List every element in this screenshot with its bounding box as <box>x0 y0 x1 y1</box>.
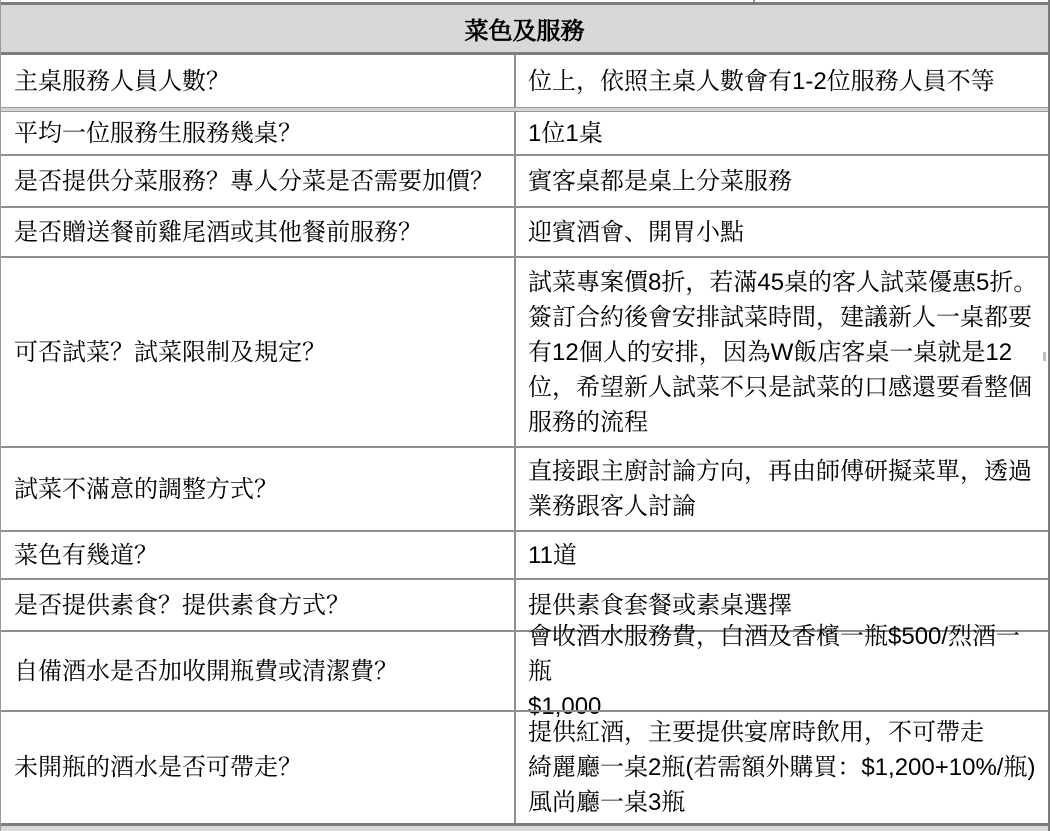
question-cell: 試菜不滿意的調整方式？ <box>1 448 516 530</box>
table-row: 是否贈送餐前雞尾酒或其他餐前服務？ 迎賓酒會、開胃小點 <box>1 208 1048 256</box>
question-cell: 是否提供分菜服務？專人分菜是否需要加價？ <box>1 156 516 206</box>
answer-cell: 迎賓酒會、開胃小點 <box>516 208 1048 256</box>
question-cell: 是否贈送餐前雞尾酒或其他餐前服務？ <box>1 208 516 256</box>
table-row: 未開瓶的酒水是否可帶走？ 提供紅酒，主要提供宴席時飲用，不可帶走 綺麗廳一桌2瓶… <box>1 712 1048 823</box>
answer-cell: 會收酒水服務費，白酒及香檳一瓶$500/烈酒一瓶 $1,000 <box>516 632 1048 710</box>
answer-cell: 位上，依照主桌人數會有1-2位服務人員不等 <box>516 55 1048 107</box>
qa-table: 菜色及服務 主桌服務人員人數？ 位上，依照主桌人數會有1-2位服務人員不等 平均… <box>0 0 1050 831</box>
table-row: 自備酒水是否加收開瓶費或清潔費？ 會收酒水服務費，白酒及香檳一瓶$500/烈酒一… <box>1 632 1048 710</box>
table-row: 主桌服務人員人數？ 位上，依照主桌人數會有1-2位服務人員不等 <box>1 55 1048 107</box>
clipped-next-section-header <box>1 826 1048 831</box>
table-row: 試菜不滿意的調整方式？ 直接跟主廚討論方向，再由師傅研擬菜單，透過 業務跟客人討… <box>1 448 1048 530</box>
table-row: 是否提供分菜服務？專人分菜是否需要加價？ 賓客桌都是桌上分菜服務 <box>1 156 1048 206</box>
table-row: 菜色有幾道？ 11道 <box>1 532 1048 578</box>
column-divider-remnant <box>753 0 755 2</box>
answer-cell: 1位1桌 <box>516 112 1048 154</box>
question-cell: 是否提供素食？提供素食方式？ <box>1 580 516 630</box>
scrollbar-thumb[interactable] <box>1043 352 1046 361</box>
table-row: 可否試菜？試菜限制及規定？ 試菜專案價8折，若滿45桌的客人試菜優惠5折。 簽訂… <box>1 258 1048 446</box>
question-cell: 主桌服務人員人數？ <box>1 55 516 107</box>
section-header: 菜色及服務 <box>1 5 1048 52</box>
answer-cell: 試菜專案價8折，若滿45桌的客人試菜優惠5折。 簽訂合約後會安排試菜時間，建議新… <box>516 258 1048 446</box>
answer-cell: 提供紅酒，主要提供宴席時飲用，不可帶走 綺麗廳一桌2瓶(若需額外購買：$1,20… <box>516 712 1048 823</box>
question-cell: 自備酒水是否加收開瓶費或清潔費？ <box>1 632 516 710</box>
answer-cell: 直接跟主廚討論方向，再由師傅研擬菜單，透過 業務跟客人討論 <box>516 448 1048 530</box>
question-cell: 平均一位服務生服務幾桌？ <box>1 112 516 154</box>
clipped-row-above <box>1 0 1048 2</box>
question-cell: 菜色有幾道？ <box>1 532 516 578</box>
answer-cell: 11道 <box>516 532 1048 578</box>
answer-cell: 賓客桌都是桌上分菜服務 <box>516 156 1048 206</box>
question-cell: 未開瓶的酒水是否可帶走？ <box>1 712 516 823</box>
section-title: 菜色及服務 <box>465 11 585 46</box>
question-cell: 可否試菜？試菜限制及規定？ <box>1 258 516 446</box>
table-row: 平均一位服務生服務幾桌？ 1位1桌 <box>1 112 1048 154</box>
